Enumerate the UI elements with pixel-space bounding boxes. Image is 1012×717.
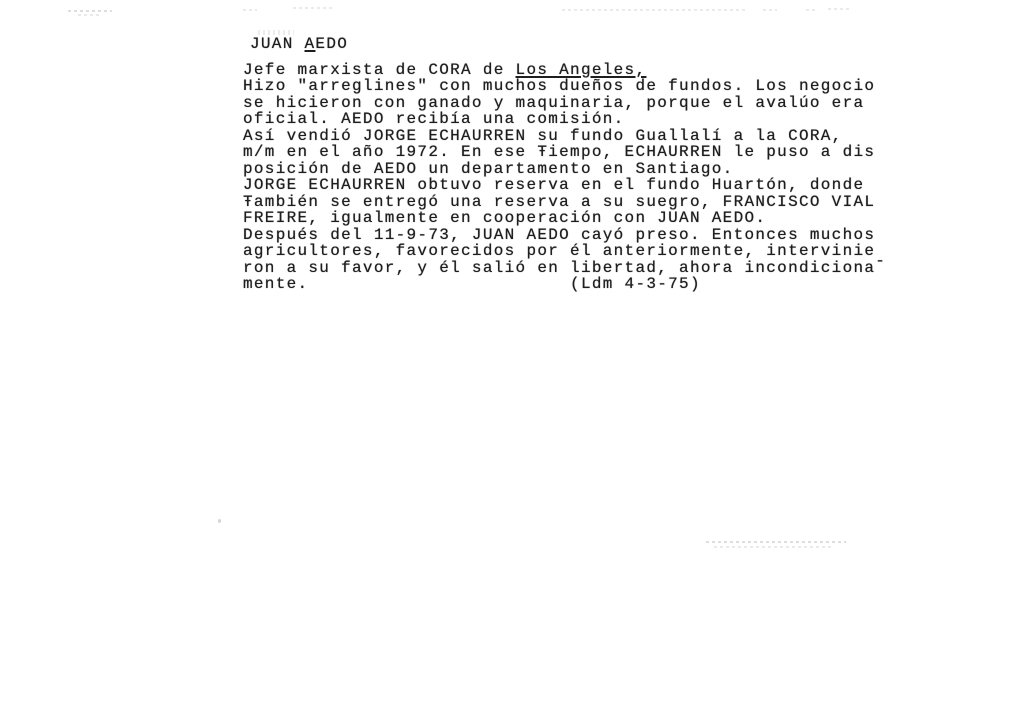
text-line: se hicieron con ganado y maquinaria, por…: [243, 95, 886, 112]
text-segment: m/m en el año 1972. En ese Ŧiempo, ECHAU…: [243, 143, 875, 161]
raised-hyphen: -: [875, 253, 886, 270]
text-line: ron a su favor, y él salió en libertad, …: [243, 260, 886, 277]
text-segment: Ŧambién se entregó una reserva a su sueg…: [243, 193, 875, 211]
text-segment: Hizo "arreglines" con muchos dueños de f…: [243, 77, 875, 95]
text-segment: mente. (Ldm 4-3-75): [243, 275, 701, 293]
text-line: agricultores, favorecidos por él anterio…: [243, 243, 886, 260]
scan-artifact: [562, 9, 747, 11]
typewritten-text-block: JUAN AEDO Jefe marxista de CORA de Los A…: [243, 36, 886, 293]
text-segment: ron a su favor, y él salió en libertad, …: [243, 259, 875, 277]
text-segment: JORGE ECHAURREN obtuvo reserva en el fun…: [243, 176, 864, 194]
text-segment: JUAN: [250, 35, 305, 53]
text-line: JORGE ECHAURREN obtuvo reserva en el fun…: [243, 177, 886, 194]
scan-artifact: [828, 8, 850, 10]
text-segment: se hicieron con ganado y maquinaria, por…: [243, 94, 864, 112]
text-line: FREIRE, igualmente en cooperación con JU…: [243, 210, 886, 227]
scan-artifact: [706, 541, 846, 543]
scan-artifact: [78, 14, 100, 16]
text-segment: posición de AEDO un departamento en Sant…: [243, 160, 734, 178]
text-line: m/m en el año 1972. En ese Ŧiempo, ECHAU…: [243, 144, 886, 161]
text-line: Después del 11-9-73, JUAN AEDO cayó pres…: [243, 227, 886, 244]
document-title: JUAN AEDO: [250, 36, 886, 53]
text-segment: Jefe marxista de CORA de: [243, 61, 516, 79]
document-body: Jefe marxista de CORA de Los Angeles,Hiz…: [243, 62, 886, 293]
scan-artifact: [243, 9, 257, 11]
scan-artifact: [806, 9, 816, 11]
text-segment: Así vendió JORGE ECHAURREN su fundo Gual…: [243, 127, 843, 145]
text-line: oficial. AEDO recibía una comisión.: [243, 111, 886, 128]
underlined-text: Los Angeles,: [516, 61, 647, 79]
text-segment: EDO: [315, 35, 348, 53]
scan-artifact: [293, 7, 335, 9]
scan-artifact: [763, 9, 777, 11]
scan-artifact: [68, 10, 112, 12]
text-line: Hizo "arreglines" con muchos dueños de f…: [243, 78, 886, 95]
text-segment: Después del 11-9-73, JUAN AEDO cayó pres…: [243, 226, 875, 244]
text-segment: agricultores, favorecidos por él anterio…: [243, 242, 875, 260]
text-line: Así vendió JORGE ECHAURREN su fundo Gual…: [243, 128, 886, 145]
underlined-text: A: [305, 35, 316, 53]
text-segment: oficial. AEDO recibía una comisión.: [243, 110, 625, 128]
scan-artifact: [218, 519, 221, 523]
text-line: Jefe marxista de CORA de Los Angeles,: [243, 62, 886, 79]
scanned-page: JUAN AEDO Jefe marxista de CORA de Los A…: [0, 0, 1012, 717]
text-line: posición de AEDO un departamento en Sant…: [243, 161, 886, 178]
text-line: mente. (Ldm 4-3-75): [243, 276, 886, 293]
text-segment: FREIRE, igualmente en cooperación con JU…: [243, 209, 766, 227]
text-line: Ŧambién se entregó una reserva a su sueg…: [243, 194, 886, 211]
scan-artifact: [714, 546, 832, 548]
